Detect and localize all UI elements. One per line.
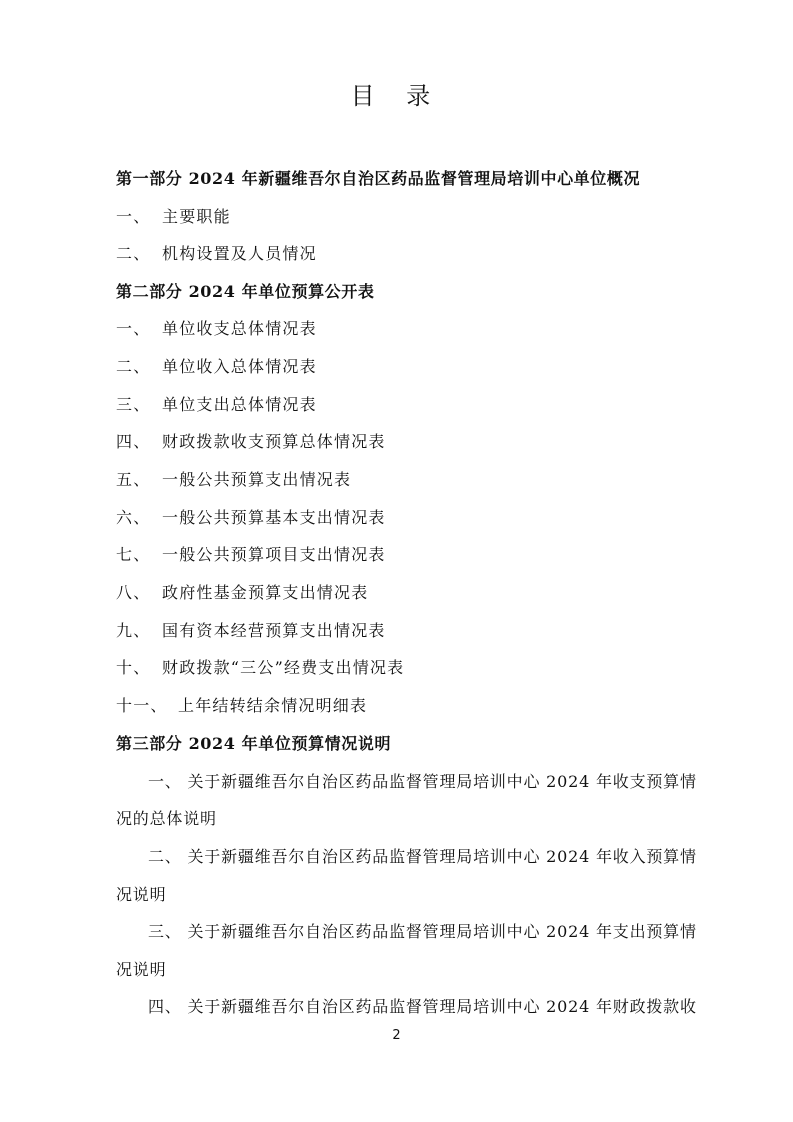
page-number: 2 — [0, 1028, 793, 1043]
toc-item-text: 一般公共预算支出情况表 — [162, 470, 351, 489]
toc-item-text: 一般公共预算基本支出情况表 — [162, 508, 386, 527]
toc-item-number: 十、 — [116, 657, 162, 679]
toc-item-number: 八、 — [116, 582, 162, 604]
toc-paragraph-text: 四、 关于新疆维吾尔自治区药品监督管理局培训中心 2024 年财政拨款收 — [148, 997, 697, 1016]
toc-item-text: 机构设置及人员情况 — [162, 244, 317, 263]
toc-paragraph-continuation: 况说明 — [116, 959, 706, 981]
toc-item-text: 主要职能 — [162, 207, 231, 226]
toc-item: 九、国有资本经营预算支出情况表 — [116, 620, 386, 642]
toc-item: 二、机构设置及人员情况 — [116, 243, 317, 265]
toc-paragraph-line: 一、 关于新疆维吾尔自治区药品监督管理局培训中心 2024 年收支预算情 — [116, 771, 706, 793]
toc-item: 一、主要职能 — [116, 206, 231, 228]
toc-item: 六、一般公共预算基本支出情况表 — [116, 507, 386, 529]
toc-paragraph-line: 三、 关于新疆维吾尔自治区药品监督管理局培训中心 2024 年支出预算情 — [116, 921, 706, 943]
toc-item: 二、单位收入总体情况表 — [116, 356, 317, 378]
toc-item: 五、一般公共预算支出情况表 — [116, 469, 351, 491]
toc-item-number: 五、 — [116, 469, 162, 491]
toc-item-number: 二、 — [116, 356, 162, 378]
toc-item: 四、财政拨款收支预算总体情况表 — [116, 431, 386, 453]
page-title: 目 录 — [0, 80, 793, 112]
toc-item-text: 国有资本经营预算支出情况表 — [162, 621, 386, 640]
toc-item-number: 二、 — [116, 243, 162, 265]
toc-item-number: 六、 — [116, 507, 162, 529]
toc-item-number: 七、 — [116, 544, 162, 566]
toc-item-text: 政府性基金预算支出情况表 — [162, 583, 368, 602]
toc-paragraph-continuation: 况说明 — [116, 884, 706, 906]
toc-item: 七、一般公共预算项目支出情况表 — [116, 544, 386, 566]
toc-paragraph-text: 二、 关于新疆维吾尔自治区药品监督管理局培训中心 2024 年收入预算情 — [148, 847, 697, 866]
toc-item-text: 单位收支总体情况表 — [162, 319, 317, 338]
toc-item-number: 一、 — [116, 206, 162, 228]
toc-item-text: 上年结转结余情况明细表 — [178, 696, 367, 715]
toc-item: 三、单位支出总体情况表 — [116, 394, 317, 416]
toc-item-number: 三、 — [116, 394, 162, 416]
toc-paragraph-text: 三、 关于新疆维吾尔自治区药品监督管理局培训中心 2024 年支出预算情 — [148, 922, 697, 941]
toc-item-number: 四、 — [116, 431, 162, 453]
toc-item-number: 九、 — [116, 620, 162, 642]
toc-item-number: 十一、 — [116, 695, 178, 717]
toc-item: 十、财政拨款“三公”经费支出情况表 — [116, 657, 404, 679]
part3-heading: 第三部分 2024 年单位预算情况说明 — [116, 733, 391, 755]
toc-item-text: 财政拨款收支预算总体情况表 — [162, 432, 386, 451]
toc-item-text: 财政拨款“三公”经费支出情况表 — [162, 658, 404, 677]
toc-item-number: 一、 — [116, 318, 162, 340]
toc-paragraph-text: 一、 关于新疆维吾尔自治区药品监督管理局培训中心 2024 年收支预算情 — [148, 772, 697, 791]
toc-paragraph-continuation: 况的总体说明 — [116, 808, 706, 830]
toc-item: 八、政府性基金预算支出情况表 — [116, 582, 368, 604]
toc-item-text: 单位收入总体情况表 — [162, 357, 317, 376]
part1-heading: 第一部分 2024 年新疆维吾尔自治区药品监督管理局培训中心单位概况 — [116, 168, 640, 190]
part2-heading: 第二部分 2024 年单位预算公开表 — [116, 281, 374, 303]
toc-item-text: 一般公共预算项目支出情况表 — [162, 545, 386, 564]
toc-item: 十一、上年结转结余情况明细表 — [116, 695, 367, 717]
toc-paragraph-line: 二、 关于新疆维吾尔自治区药品监督管理局培训中心 2024 年收入预算情 — [116, 846, 706, 868]
toc-paragraph-line: 四、 关于新疆维吾尔自治区药品监督管理局培训中心 2024 年财政拨款收 — [116, 996, 706, 1018]
toc-item: 一、单位收支总体情况表 — [116, 318, 317, 340]
toc-item-text: 单位支出总体情况表 — [162, 395, 317, 414]
